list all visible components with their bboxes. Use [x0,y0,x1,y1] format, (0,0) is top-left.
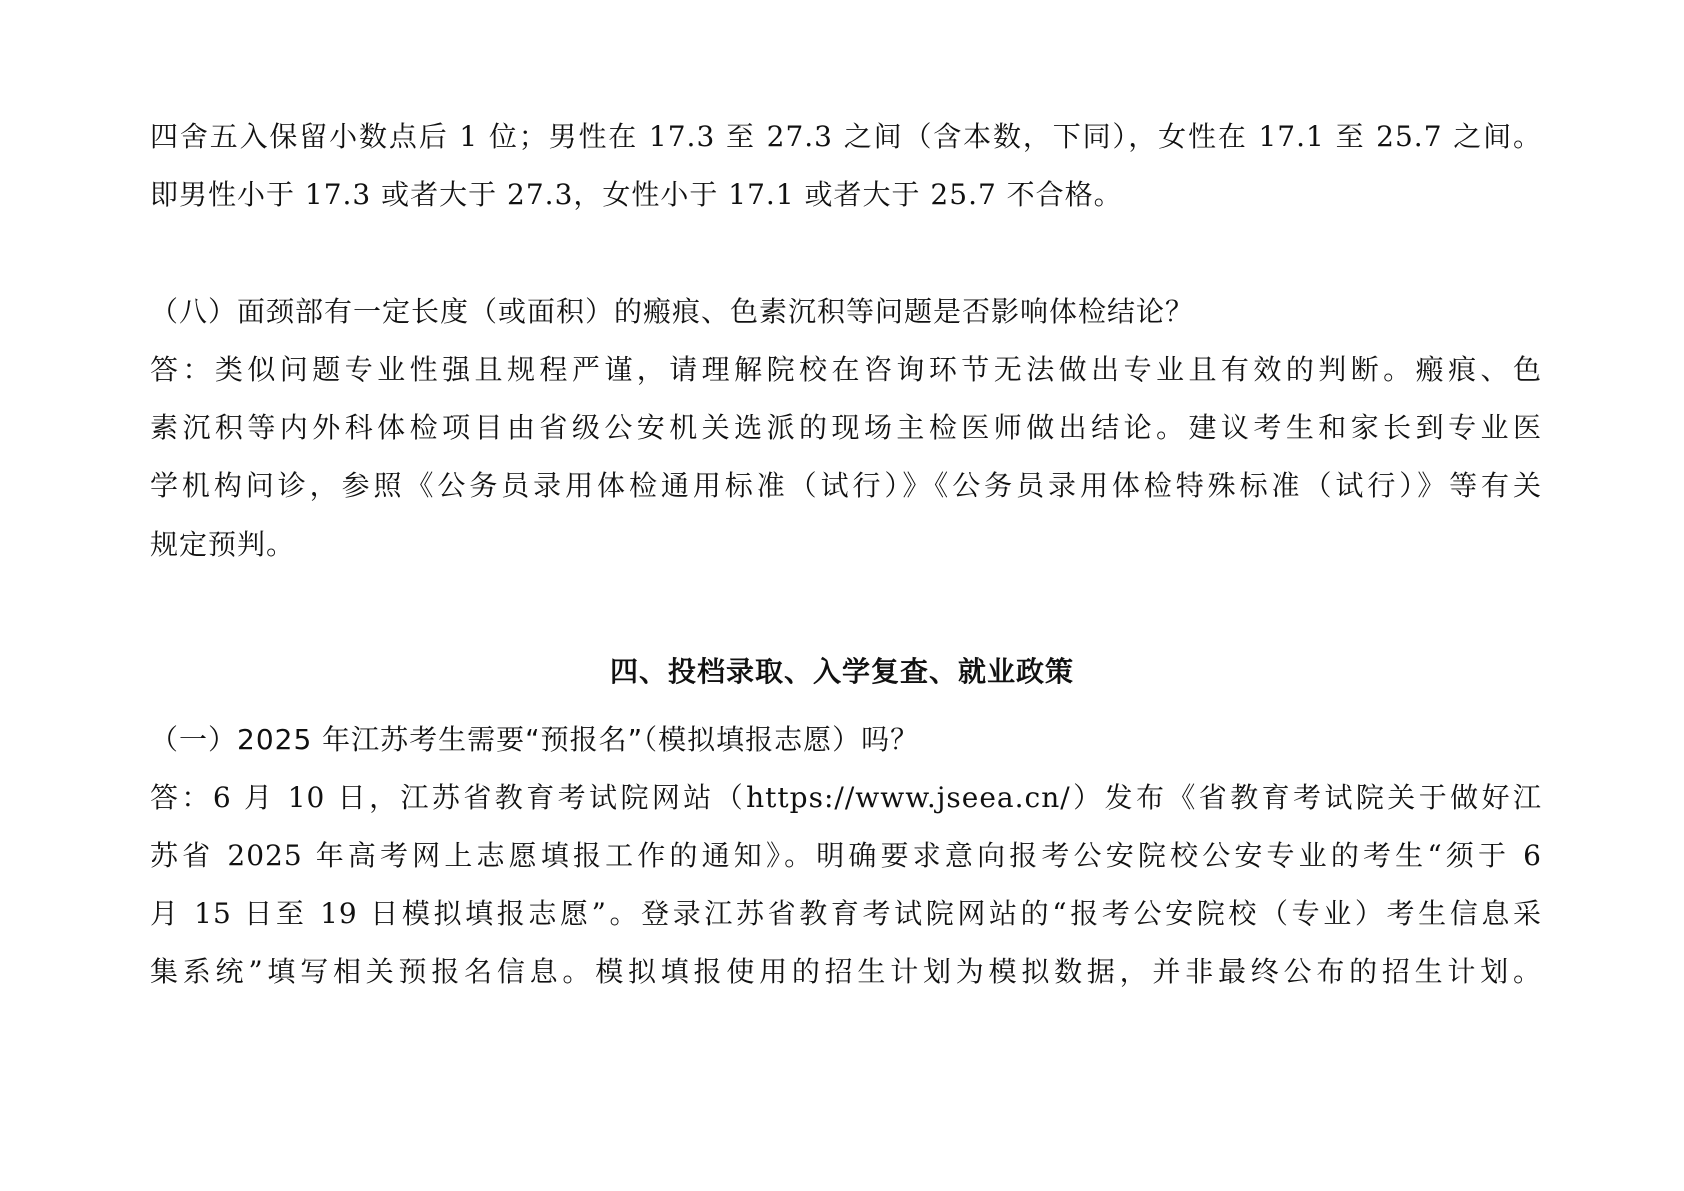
question-4-1-title: （一）2025 年江苏考生需要“预报名”（模拟填报志愿）吗？ [150,720,1542,760]
question-8-answer-line-2: 素沉积等内外科体检项目由省级公安机关选派的现场主检医师做出结论。建议考生和家长到… [150,408,1542,448]
question-4-1-answer-line-4: 集系统”填写相关预报名信息。模拟填报使用的招生计划为模拟数据，并非最终公布的招生… [150,952,1542,992]
bmi-paragraph-line-1: 四舍五入保留小数点后 1 位；男性在 17.3 至 27.3 之间（含本数，下同… [150,117,1542,157]
question-8-answer-line-4: 规定预判。 [150,525,1542,565]
question-4-1-answer-line-1: 答：6 月 10 日，江苏省教育考试院网站（https://www.jseea.… [150,778,1542,818]
question-8-answer-line-1: 答：类似问题专业性强且规程严谨，请理解院校在咨询环节无法做出专业且有效的判断。瘢… [150,350,1542,390]
bmi-paragraph-line-2: 即男性小于 17.3 或者大于 27.3，女性小于 17.1 或者大于 25.7… [150,175,1542,215]
question-4-1-answer-line-2: 苏省 2025 年高考网上志愿填报工作的通知》。明确要求意向报考公安院校公安专业… [150,836,1542,876]
question-8-title: （八）面颈部有一定长度（或面积）的瘢痕、色素沉积等问题是否影响体检结论？ [150,292,1542,332]
section-4-heading: 四、投档录取、入学复查、就业政策 [0,652,1684,692]
document-page: 四舍五入保留小数点后 1 位；男性在 17.3 至 27.3 之间（含本数，下同… [0,0,1684,1191]
question-8-answer-line-3: 学机构问诊，参照《公务员录用体检通用标准（试行）》《公务员录用体检特殊标准（试行… [150,466,1542,506]
question-4-1-answer-line-3: 月 15 日至 19 日模拟填报志愿”。登录江苏省教育考试院网站的“报考公安院校… [150,894,1542,934]
